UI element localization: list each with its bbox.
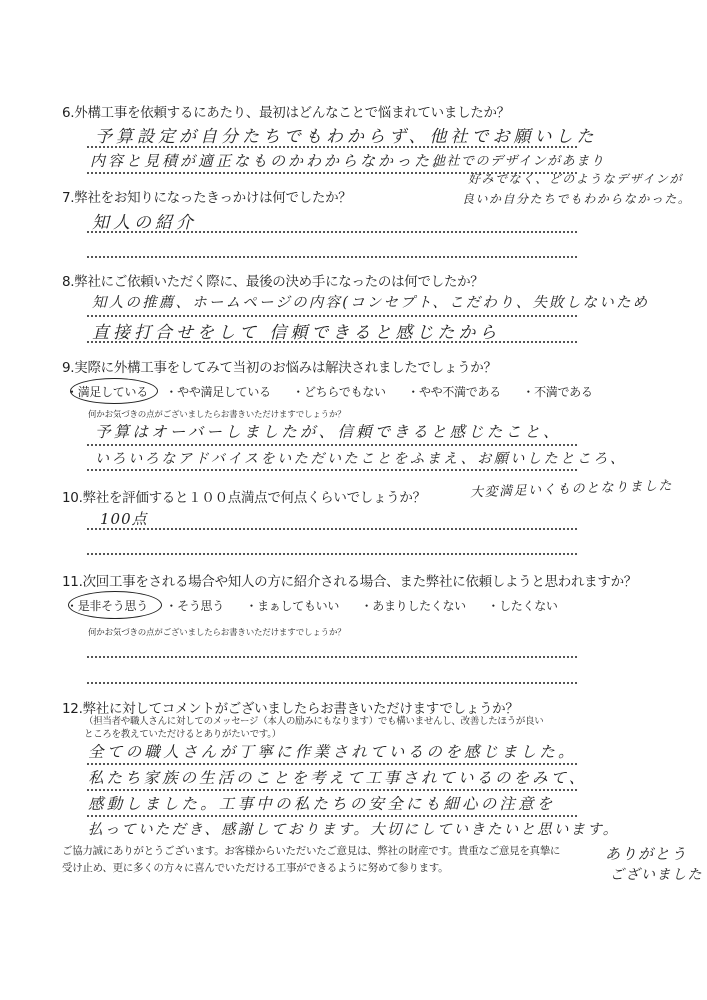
option-label: やや満足している (177, 385, 271, 399)
option-not-really[interactable]: ・あまりしたくない (361, 599, 466, 613)
question-number: 10. (62, 490, 83, 506)
option-neutral[interactable]: ・どちらでもない (292, 385, 385, 399)
q12-sub-text: （担当者や職人さんに対してのメッセージ（本人の励みにもなります）でも構いませんし… (84, 715, 544, 741)
q9-answer-line-2: いろいろなアドバイスをいただいたことをふまえ、お願いしたところ、 (95, 448, 627, 468)
q6-margin-note-3: 良いか自分たちでもわからなかった。 (462, 190, 691, 207)
question-number: 12. (62, 701, 83, 717)
question-11: 11.次回工事をされる場合や知人の方に紹介される場合、また弊社に依頼しようと思わ… (62, 570, 637, 590)
question-7: 7.弊社をお知りになったきっかけは何でしたか？ (62, 186, 351, 206)
q9-margin-note: 大変満足いくものとなりました (470, 474, 674, 500)
question-number: 6. (62, 105, 74, 121)
q7-answer-line-1: 知人の紹介 (92, 208, 197, 233)
answer-line (87, 146, 577, 148)
q6-margin-note-2: 好みでなく、どのようなデザインが (468, 170, 683, 187)
option-label: どちらでもない (304, 385, 386, 399)
option-label: したくない (499, 599, 558, 613)
q8-answer-line-1: 知人の推薦、ホームページの内容(コンセプト、こだわり、失敗しないため (92, 291, 649, 312)
question-text: 外構工事を依頼するにあたり、最初はどんなことで悩まれていましたか？ (74, 105, 510, 121)
answer-line (87, 789, 577, 791)
question-12: 12.弊社に対してコメントがございましたらお書きいただけますでしょうか？ (62, 697, 519, 717)
question-text: 実際に外構工事をしてみて当初のお悩みは解決されましたでしょうか？ (74, 360, 496, 376)
q12-answer-line-3: 感動しました。工事中の私たちの安全にも細心の注意を (88, 792, 556, 814)
question-text: 弊社を評価すると１００点満点で何点くらいでしょうか？ (83, 490, 426, 506)
option-no[interactable]: ・したくない (487, 599, 557, 613)
option-label: 不満である (534, 385, 593, 399)
answer-line (87, 256, 577, 258)
question-number: 8. (62, 274, 74, 290)
option-yes[interactable]: ・そう思う (165, 599, 224, 613)
answer-line (87, 315, 577, 317)
answer-line (87, 763, 577, 765)
option-label: あまりしたくない (372, 599, 466, 613)
question-9: 9.実際に外構工事をしてみて当初のお悩みは解決されましたでしょうか？ (62, 356, 497, 376)
answer-line (87, 444, 577, 446)
answer-line (87, 469, 577, 471)
question-number: 9. (62, 360, 74, 376)
q11-comment-prompt: 何かお気づきの点がございましたらお書きいただけますでしょうか？ (88, 626, 346, 638)
handwritten-thanks-2: ございました (610, 864, 703, 884)
answer-line (87, 528, 577, 530)
answer-line (87, 682, 577, 684)
selected-option-circle (70, 378, 158, 404)
question-number: 11. (62, 574, 83, 590)
question-text: 次回工事をされる場合や知人の方に紹介される場合、また弊社に依頼しようと思われます… (83, 574, 637, 590)
option-label: やや不満である (419, 385, 501, 399)
question-10: 10.弊社を評価すると１００点満点で何点くらいでしょうか？ (62, 486, 426, 506)
q12-answer-line-4: 払っていただき、感謝しております。大切にしていきたいと思います。 (88, 818, 620, 839)
q8-answer-line-2: 直接打合せをして 信頼できると感じたから (92, 318, 500, 343)
footer-thanks-text: ご協力誠にありがとうございます。お客様からいただいたご意見は、弊社の財産です。貴… (62, 843, 562, 877)
question-text: 弊社をお知りになったきっかけは何でしたか？ (74, 190, 351, 206)
question-8: 8.弊社にご依頼いただく際に、最後の決め手になったのは何でしたか？ (62, 270, 483, 290)
selected-option-circle (68, 591, 162, 619)
q9-answer-line-1: 予算はオーバーしましたが、信頼できると感じたこと、 (95, 420, 562, 442)
q6-answer-line-2: 内容と見積が適正なものかわからなかった。 (90, 150, 450, 171)
option-somewhat-satisfied[interactable]: ・やや満足している (165, 385, 270, 399)
q10-answer-line-1: 100点 (100, 508, 148, 529)
option-label: そう思う (177, 599, 224, 613)
option-somewhat-dissatisfied[interactable]: ・やや不満である (407, 385, 501, 399)
answer-line (87, 341, 577, 343)
question-number: 7. (62, 190, 74, 206)
answer-line (87, 656, 577, 658)
handwritten-thanks-1: ありがとう (605, 843, 688, 864)
question-text: 弊社にご依頼いただく際に、最後の決め手になったのは何でしたか？ (74, 274, 483, 290)
q12-answer-line-2: 私たち家族の生活のことを考えて工事されているのをみて、 (88, 766, 587, 788)
q6-answer-line-1: 予算設定が自分たちでもわからず、他社でお願いした (95, 122, 597, 147)
option-dissatisfied[interactable]: ・不満である (522, 385, 592, 399)
answer-line (87, 815, 577, 817)
q6-margin-note-1: 他社でのデザインがあまり (432, 150, 605, 169)
answer-line (87, 553, 577, 555)
option-label: まぁしてもいい (257, 599, 339, 613)
option-maybe[interactable]: ・まぁしてもいい (245, 599, 339, 613)
q12-answer-line-1: 全ての職人さんが丁寧に作業されているのを感じました。 (88, 740, 577, 762)
answer-line (87, 231, 577, 233)
question-6: 6.外構工事を依頼するにあたり、最初はどんなことで悩まれていましたか？ (62, 101, 510, 121)
q9-comment-prompt: 何かお気づきの点がございましたらお書きいただけますでしょうか？ (88, 408, 346, 420)
